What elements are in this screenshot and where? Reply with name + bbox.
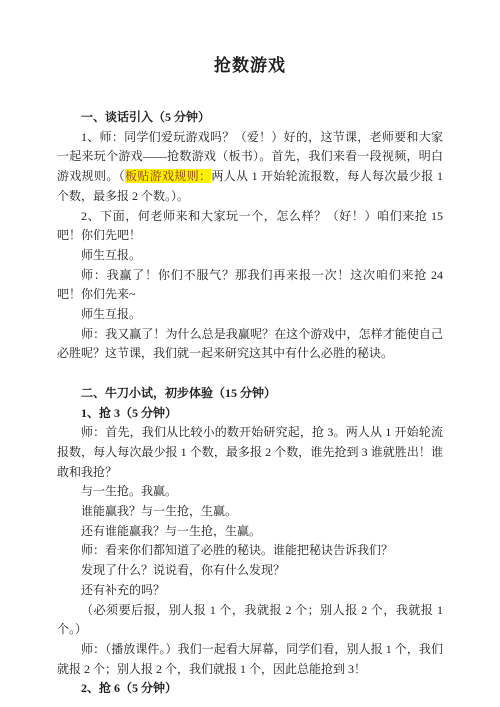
section1-para4: 师：我赢了！你们不服气？那我们再来报一次！这次咱们来抢 24 吧！你们先来~ [57, 266, 443, 305]
section1-para1: 1、师：同学们爱玩游戏吗？（爱！）好的，这节课，老师要和大家一起来玩个游戏——抢… [57, 128, 443, 207]
section1-para6: 师：我又赢了！为什么总是我赢呢？在这个游戏中，怎样才能使自己必胜呢？这节课，我们… [57, 325, 443, 364]
section2-sub2-heading: 2、抢 6（5 分钟） [57, 679, 443, 699]
section1-heading: 一、谈话引入（5 分钟） [57, 108, 443, 128]
section1-para3: 师生互报。 [57, 246, 443, 266]
section2-para4: 还有谁能赢我？与一生抢，生赢。 [57, 522, 443, 542]
section2-para5: 师：看来你们都知道了必胜的秘诀。谁能把秘诀告诉我们？ [57, 541, 443, 561]
highlighted-text: 板贴游戏规则： [125, 169, 211, 183]
section1-para5: 师生互报。 [57, 305, 443, 325]
section1-para2: 2、下面，何老师来和大家玩一个，怎么样？（好！）咱们来抢 15 吧！你们先吧！ [57, 207, 443, 246]
section2-para1: 师：首先，我们从比较小的数开始研究起，抢 3。两人从 1 开始轮流报数，每人每次… [57, 423, 443, 482]
document-page: 抢数游戏 一、谈话引入（5 分钟） 1、师：同学们爱玩游戏吗？（爱！）好的，这节… [0, 0, 500, 707]
section2-heading: 二、牛刀小试，初步体验（15 分钟） [57, 384, 443, 404]
section2-para9: 师：（播放课件。）我们一起看大屏幕，同学们看，别人报 1 个，我们就报 2 个；… [57, 640, 443, 679]
section2-para6: 发现了什么？说说看，你有什么发现？ [57, 561, 443, 581]
section2-para3: 谁能赢我？与一生抢，生赢。 [57, 502, 443, 522]
section2-para8: （必须要后报，别人报 1 个，我就报 2 个；别人报 2 个，我就报 1 个。） [57, 601, 443, 640]
section2-para2: 与一生抢。我赢。 [57, 482, 443, 502]
document-title: 抢数游戏 [57, 54, 443, 78]
section2-para7: 还有补充的吗？ [57, 581, 443, 601]
section2-sub1-heading: 1、抢 3（5 分钟） [57, 404, 443, 424]
